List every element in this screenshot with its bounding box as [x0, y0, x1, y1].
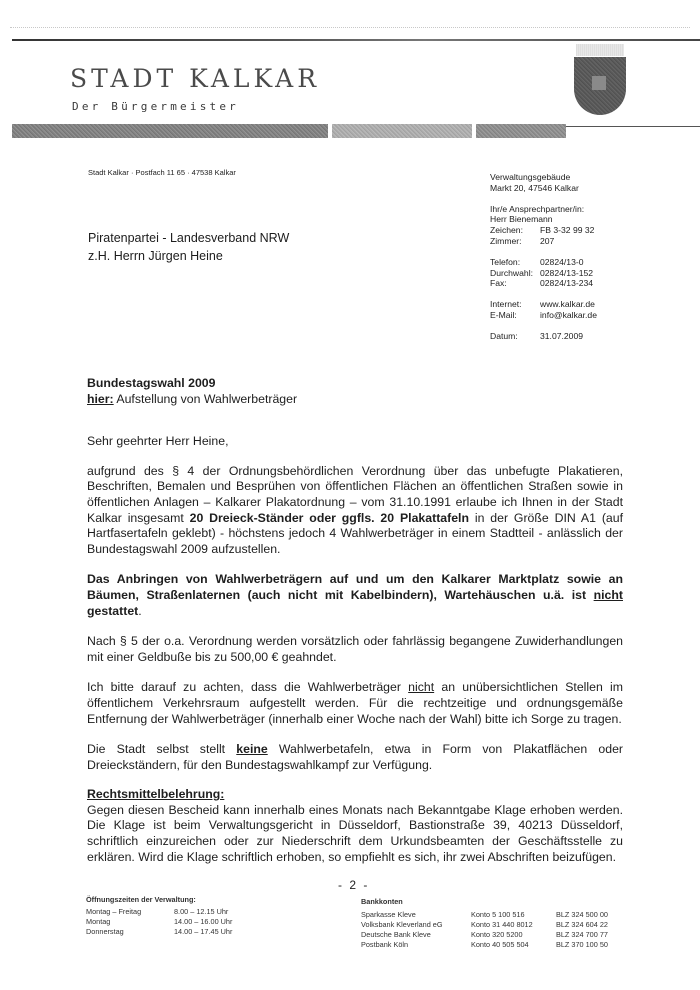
paragraph-text: Ich bitte darauf zu achten, dass die Wah…	[87, 680, 408, 694]
bank-row: Deutsche Bank Kleve Konto 320 5200 BLZ 3…	[361, 930, 608, 940]
letterhead-subtitle: Der Bürgermeister	[72, 100, 239, 113]
emphasis-nicht: nicht	[408, 680, 434, 694]
salutation: Sehr geehrter Herr Heine,	[87, 434, 623, 450]
subject-text: Aufstellung von Wahlwerbeträger	[114, 392, 297, 406]
bank-account: Konto 5 100 516	[471, 910, 556, 920]
bank-name: Deutsche Bank Kleve	[361, 930, 471, 940]
paragraph-text: Die Stadt selbst stellt	[87, 742, 236, 756]
info-contact-label: Ihr/e Ansprechpartner/in:	[490, 204, 690, 215]
info-value: 207	[540, 236, 554, 247]
bank-code: BLZ 324 604 22	[556, 920, 608, 930]
recipient-address: Piratenpartei - Landesverband NRW z.H. H…	[88, 229, 289, 265]
info-address: Markt 20, 47546 Kalkar	[490, 183, 690, 194]
bank-code: BLZ 370 100 50	[556, 940, 608, 950]
bank-name: Volksbank Kleverland eG	[361, 920, 471, 930]
recipient-line-1: Piratenpartei - Landesverband NRW	[88, 229, 289, 247]
hours-time: 14.00 – 17.45 Uhr	[174, 927, 232, 937]
paragraph-no-city-boards: Die Stadt selbst stellt keine Wahlwerbet…	[87, 742, 623, 773]
paragraph-placement: Ich bitte darauf zu achten, dass die Wah…	[87, 680, 623, 727]
info-value-website: www.kalkar.de	[540, 299, 595, 310]
bank-name: Postbank Köln	[361, 940, 471, 950]
info-row-internet: Internet: www.kalkar.de	[490, 299, 690, 310]
emphasis-nicht: nicht	[594, 588, 623, 602]
info-label: Internet:	[490, 299, 540, 310]
info-label: Zeichen:	[490, 225, 540, 236]
info-row-zeichen: Zeichen: FB 3-32 99 32	[490, 225, 690, 236]
footer-opening-hours: Öffnungszeiten der Verwaltung: Montag – …	[86, 895, 232, 937]
sender-info-block: Verwaltungsgebäude Markt 20, 47546 Kalka…	[490, 172, 690, 342]
info-value: 02824/13-234	[540, 278, 593, 289]
legal-notice-heading: Rechtsmittelbelehrung:	[87, 787, 623, 803]
info-contact-name: Herr Bienemann	[490, 214, 690, 225]
hours-day: Montag	[86, 917, 174, 927]
page-number: - 2 -	[338, 878, 369, 892]
subject-line: hier: Aufstellung von Wahlwerbeträger	[87, 392, 623, 408]
letterhead-bar-3	[476, 124, 566, 138]
bank-code: BLZ 324 700 77	[556, 930, 608, 940]
paragraph-text: Das Anbringen von Wahlwerbeträgern auf u…	[87, 572, 623, 602]
info-row-durchwahl: Durchwahl: 02824/13-152	[490, 268, 690, 279]
scan-artifact-line	[10, 27, 690, 29]
info-row-telefon: Telefon: 02824/13-0	[490, 257, 690, 268]
letterhead-bar-1	[12, 124, 328, 138]
info-label: Datum:	[490, 331, 540, 342]
hours-day: Montag – Freitag	[86, 907, 174, 917]
footer-bank-accounts: Bankkonten Sparkasse Kleve Konto 5 100 5…	[361, 897, 608, 950]
info-label: Durchwahl:	[490, 268, 540, 279]
paragraph-text: .	[138, 604, 141, 618]
bank-account: Konto 40 505 504	[471, 940, 556, 950]
crest-center-mark	[592, 76, 606, 90]
hours-row: Montag 14.00 – 16.00 Uhr	[86, 917, 232, 927]
letterhead-title: STADT KALKAR	[70, 64, 320, 93]
info-value: 02824/13-0	[540, 257, 584, 268]
bank-code: BLZ 324 500 00	[556, 910, 608, 920]
bank-account: Konto 31 440 8012	[471, 920, 556, 930]
bank-accounts-heading: Bankkonten	[361, 897, 608, 907]
crest-crown	[576, 44, 624, 56]
info-value: 02824/13-152	[540, 268, 593, 279]
bank-row: Volksbank Kleverland eG Konto 31 440 801…	[361, 920, 608, 930]
bank-row: Sparkasse Kleve Konto 5 100 516 BLZ 324 …	[361, 910, 608, 920]
hours-row: Donnerstag 14.00 – 17.45 Uhr	[86, 927, 232, 937]
paragraph-penalty: Nach § 5 der o.a. Verordnung werden vors…	[87, 634, 623, 665]
info-label: Telefon:	[490, 257, 540, 268]
recipient-line-2: z.H. Herrn Jürgen Heine	[88, 247, 289, 265]
hours-time: 14.00 – 16.00 Uhr	[174, 917, 232, 927]
bank-name: Sparkasse Kleve	[361, 910, 471, 920]
letterhead-bar-2	[332, 124, 472, 138]
hours-row: Montag – Freitag 8.00 – 12.15 Uhr	[86, 907, 232, 917]
bank-account: Konto 320 5200	[471, 930, 556, 940]
info-row-email: E-Mail: info@kalkar.de	[490, 310, 690, 321]
info-label: Zimmer:	[490, 236, 540, 247]
bank-row: Postbank Köln Konto 40 505 504 BLZ 370 1…	[361, 940, 608, 950]
subject-hier-label: hier:	[87, 392, 114, 406]
info-row-fax: Fax: 02824/13-234	[490, 278, 690, 289]
sender-return-address: Stadt Kalkar · Postfach 11 65 · 47538 Ka…	[88, 168, 236, 177]
emphasis-keine: keine	[236, 742, 267, 756]
letterhead-right-rule	[566, 126, 700, 127]
subject-title: Bundestagswahl 2009	[87, 376, 623, 392]
info-label: E-Mail:	[490, 310, 540, 321]
opening-hours-heading: Öffnungszeiten der Verwaltung:	[86, 895, 232, 905]
info-value: FB 3-32 99 32	[540, 225, 594, 236]
letter-date: 31.07.2009	[540, 331, 583, 342]
info-row-zimmer: Zimmer: 207	[490, 236, 690, 247]
info-label: Fax:	[490, 278, 540, 289]
permitted-quantity: 20 Dreieck-Ständer oder ggfls. 20 Plakat…	[190, 511, 469, 525]
letter-body: Bundestagswahl 2009 hier: Aufstellung vo…	[87, 376, 623, 865]
hours-day: Donnerstag	[86, 927, 174, 937]
letterhead-top-rule	[12, 39, 700, 41]
paragraph-prohibition: Das Anbringen von Wahlwerbeträgern auf u…	[87, 572, 623, 619]
hours-time: 8.00 – 12.15 Uhr	[174, 907, 228, 917]
paragraph-permission: aufgrund des § 4 der Ordnungsbehördliche…	[87, 464, 623, 558]
legal-notice-text: Gegen diesen Bescheid kann innerhalb ein…	[87, 803, 623, 865]
info-building: Verwaltungsgebäude	[490, 172, 690, 183]
paragraph-text: gestattet	[87, 604, 138, 618]
info-row-datum: Datum: 31.07.2009	[490, 331, 690, 342]
info-value-email: info@kalkar.de	[540, 310, 597, 321]
